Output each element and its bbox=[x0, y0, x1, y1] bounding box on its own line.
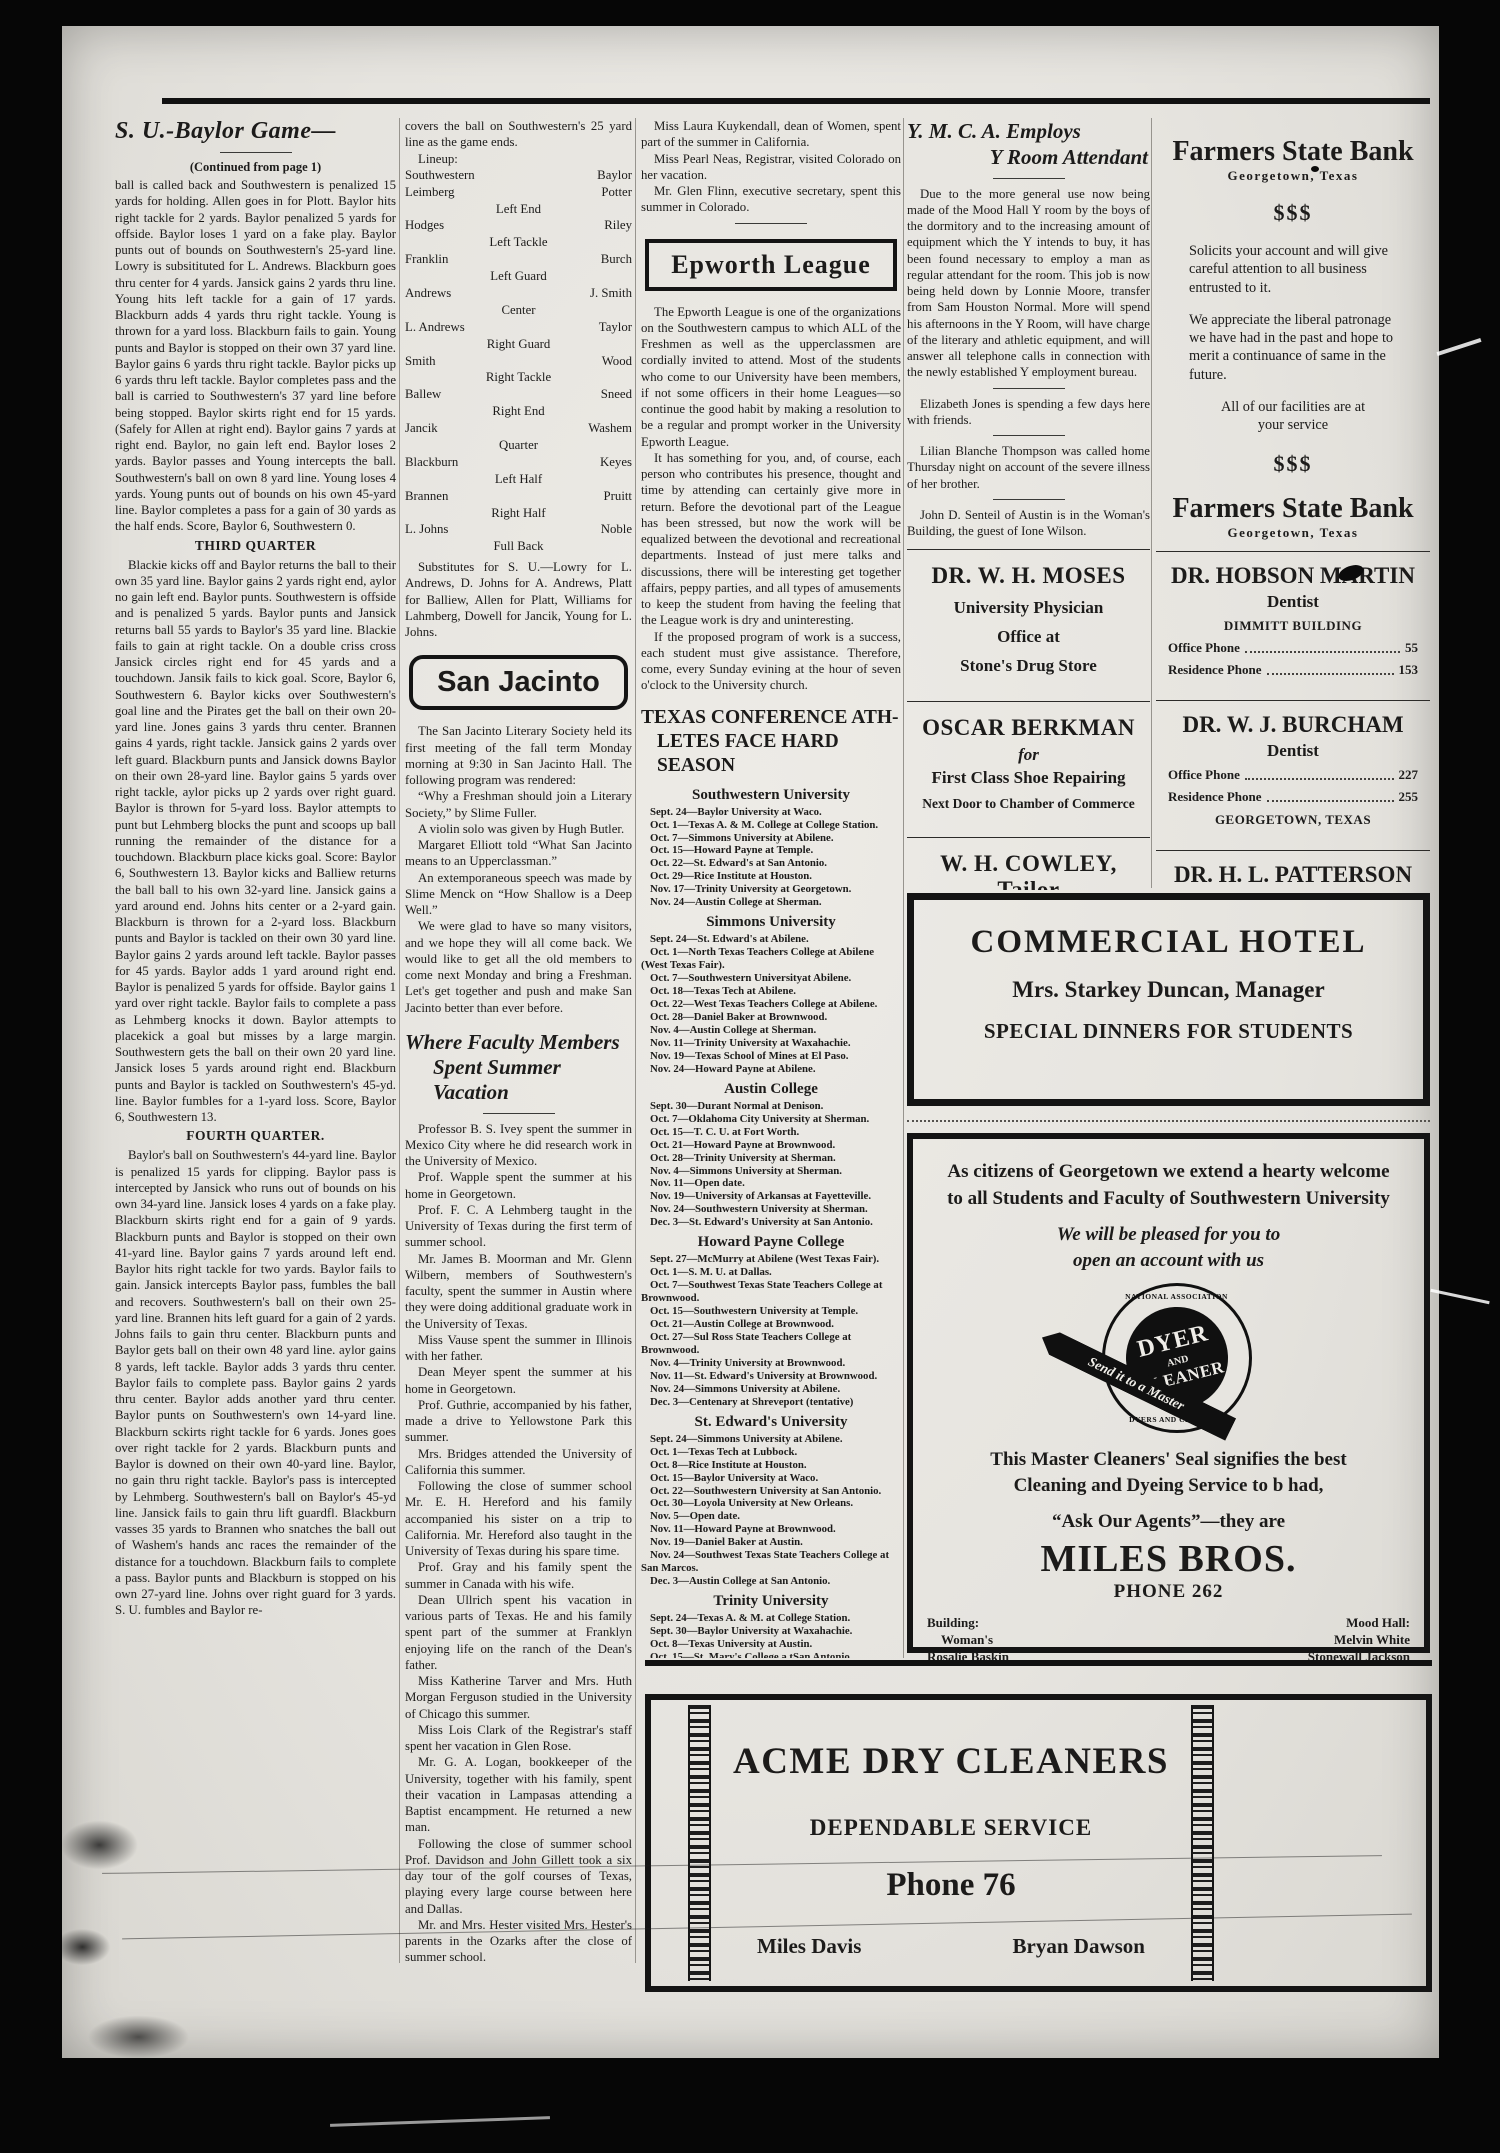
game-entry: Oct. 8—Rice Institute at Houston. bbox=[641, 1459, 901, 1472]
su-player: Smith bbox=[405, 353, 436, 370]
personal-item: Mr. Glen Flinn, executive secretary, spe… bbox=[641, 183, 901, 216]
lineup-row: Leimberg Potter Left End bbox=[405, 184, 632, 218]
game-list: Sept. 24—Simmons University at Abilene.O… bbox=[641, 1433, 901, 1588]
position-label: Full Back bbox=[405, 538, 632, 555]
lineup-row: Hodges Riley Left Tackle bbox=[405, 217, 632, 251]
ad-dr-hobson-martin: DR. HOBSON MARTIN Dentist DIMMITT BUILDI… bbox=[1156, 551, 1430, 690]
masthead-rule bbox=[162, 98, 1430, 104]
su-player: Ballew bbox=[405, 386, 441, 403]
school-name: Howard Payne College bbox=[641, 1234, 901, 1251]
epworth-para: It has something for you, and, of course… bbox=[641, 450, 901, 629]
game-entry: Nov. 4—Trinity University at Brownwood. bbox=[641, 1357, 901, 1370]
game-entry: Oct. 1—Texas A. & M. College at College … bbox=[641, 819, 901, 832]
faculty-headline: Where Faculty Members Spent Summer Vacat… bbox=[405, 1030, 632, 1106]
faculty-item: Miss Vause spent the summer in Illinois … bbox=[405, 1332, 632, 1365]
lineup-row: L. Andrews Taylor Right Guard bbox=[405, 319, 632, 353]
bank-name: Farmers State Bank bbox=[1156, 136, 1430, 168]
game-entry: Oct. 28—Trinity University at Sherman. bbox=[641, 1152, 901, 1165]
ad-dr-burcham: DR. W. J. BURCHAM Dentist Office Phone22… bbox=[1156, 700, 1430, 840]
game-entry: Sept. 27—McMurry at Abilene (West Texas … bbox=[641, 1253, 901, 1266]
game-entry: Oct. 29—Rice Institute at Houston. bbox=[641, 870, 901, 883]
school-schedule: Southwestern University Sept. 24—Baylor … bbox=[641, 787, 901, 910]
game-entry: Oct. 1—Texas Tech at Lubbock. bbox=[641, 1446, 901, 1459]
dentist-name: DR. HOBSON MARTIN bbox=[1162, 563, 1424, 589]
column-rule bbox=[635, 118, 636, 1963]
headline-rule bbox=[483, 1113, 555, 1114]
game-entry: Oct. 7—Southwestern Universityat Abilene… bbox=[641, 972, 901, 985]
phone-row: Residence Phone255 bbox=[1162, 789, 1424, 805]
faculty-item: Miss Lois Clark of the Registrar's staff… bbox=[405, 1722, 632, 1755]
position-label: Quarter bbox=[405, 437, 632, 454]
position-label: Left Guard bbox=[405, 268, 632, 285]
item-rule bbox=[993, 499, 1065, 500]
faculty-item: Mrs. Bridges attended the University of … bbox=[405, 1446, 632, 1479]
game-para-2: Blackie kicks off and Baylor returns the… bbox=[115, 557, 396, 1126]
game-entry: Oct. 22—St. Edward's at San Antonio. bbox=[641, 857, 901, 870]
game-entry: Oct. 15—T. C. U. at Fort Worth. bbox=[641, 1126, 901, 1139]
game-entry: Oct. 22—West Texas Teachers College at A… bbox=[641, 998, 901, 1011]
hall-agents: Mood Hall:Melvin WhiteStonewall Jackson bbox=[1308, 1615, 1410, 1666]
lineup-row: Smith Wood Right Tackle bbox=[405, 353, 632, 387]
lineup-row: Andrews J. Smith Center bbox=[405, 285, 632, 319]
game-entry: Nov. 11—Howard Payne at Brownwood. bbox=[641, 1523, 901, 1536]
san-jacinto-para: A violin solo was given by Hugh Butler. bbox=[405, 821, 632, 837]
substitutes-para: Substitutes for S. U.—Lowry for L. Andre… bbox=[405, 559, 632, 640]
faculty-item: Miss Katherine Tarver and Mrs. Huth Morg… bbox=[405, 1673, 632, 1722]
advertiser-name: OSCAR BERKMAN bbox=[909, 715, 1148, 741]
ad-dr-patterson: DR. H. L. PATTERSON Dentist CITY NAT'L B… bbox=[1156, 850, 1430, 890]
ad-acme-dry-cleaners: ACME DRY CLEANERS DEPENDABLE SERVICE Pho… bbox=[645, 1694, 1432, 1992]
game-list: Sept. 24—Texas A. & M. at College Statio… bbox=[641, 1612, 901, 1658]
agent-name: Bryan Dawson bbox=[1013, 1934, 1145, 1959]
away-team: Baylor bbox=[597, 167, 632, 184]
school-schedule: Howard Payne College Sept. 27—McMurry at… bbox=[641, 1234, 901, 1408]
epworth-headline: Epworth League bbox=[645, 239, 897, 291]
faculty-item: Professor B. S. Ivey spent the summer in… bbox=[405, 1121, 632, 1170]
personal-item: Elizabeth Jones is spending a few days h… bbox=[907, 396, 1150, 429]
item-rule bbox=[993, 435, 1065, 436]
position-label: Left End bbox=[405, 201, 632, 218]
faculty-item: Prof. F. C. A Lehmberg taught in the Uni… bbox=[405, 1202, 632, 1251]
san-jacinto-para: An extemporaneous speech was made by Sli… bbox=[405, 870, 632, 919]
scan-streak bbox=[1430, 1289, 1489, 1304]
san-jacinto-headline: San Jacinto bbox=[409, 655, 628, 710]
san-jacinto-para: The San Jacinto Literary Society held it… bbox=[405, 723, 632, 788]
baylor-player: Keyes bbox=[600, 454, 632, 471]
section-double-rule bbox=[645, 1660, 1432, 1666]
column-bank-dentists: Farmers State Bank Georgetown, Texas $$$… bbox=[1156, 118, 1430, 890]
game-entry: Nov. 19—Daniel Baker at Austin. bbox=[641, 1536, 901, 1549]
personals-list: Miss Laura Kuykendall, dean of Women, sp… bbox=[641, 118, 901, 216]
column-rule bbox=[1151, 118, 1152, 888]
faculty-item: Mr. and Mrs. Hester visited Mrs. Hester'… bbox=[405, 1917, 632, 1963]
san-jacinto-para: Margaret Elliott told “What San Jacinto … bbox=[405, 837, 632, 870]
faculty-item: Dean Ullrich spent his vacation in vario… bbox=[405, 1592, 632, 1673]
ornament-border-icon bbox=[1191, 1705, 1214, 1981]
school-schedule: St. Edward's University Sept. 24—Simmons… bbox=[641, 1414, 901, 1588]
bank-name: Farmers State Bank bbox=[1156, 493, 1430, 525]
schedules: Southwestern University Sept. 24—Baylor … bbox=[641, 787, 901, 1658]
faculty-item: Prof. Guthrie, accompanied by his father… bbox=[405, 1397, 632, 1446]
game-entry: Oct. 28—Daniel Baker at Brownwood. bbox=[641, 1011, 901, 1024]
school-name: St. Edward's University bbox=[641, 1414, 901, 1431]
faculty-item: Mr. James B. Moorman and Mr. Glenn Wilbe… bbox=[405, 1251, 632, 1332]
game-continuation: covers the ball on Southwestern's 25 yar… bbox=[405, 118, 632, 151]
column-game-story: S. U.-Baylor Game— (Continued from page … bbox=[115, 118, 396, 1963]
scan-streak bbox=[1437, 338, 1482, 356]
game-entry: Nov. 4—Austin College at Sherman. bbox=[641, 1024, 901, 1037]
column-rule bbox=[399, 118, 400, 1963]
phone-list: Office Phone227 Residence Phone255 bbox=[1162, 767, 1424, 805]
game-entry: Nov. 19—Texas School of Mines at El Paso… bbox=[641, 1050, 901, 1063]
athletes-headline: TEXAS CONFERENCE ATH- LETES FACE HARD SE… bbox=[641, 706, 901, 779]
game-entry: Oct. 8—Texas University at Austin. bbox=[641, 1638, 901, 1651]
position-label: Center bbox=[405, 302, 632, 319]
lineup-table: Leimberg Potter Left End Hodges Riley Le… bbox=[405, 184, 632, 556]
scan-streak bbox=[330, 2116, 550, 2127]
game-entry: Oct. 18—Texas Tech at Abilene. bbox=[641, 985, 901, 998]
faculty-body: Professor B. S. Ivey spent the summer in… bbox=[405, 1121, 632, 1963]
school-name: Austin College bbox=[641, 1081, 901, 1098]
column-ymca-ads: Y. M. C. A. Employs Y Room Attendant Due… bbox=[907, 118, 1150, 890]
game-entry: Nov. 24—Simmons University at Abilene. bbox=[641, 1383, 901, 1396]
personal-block: Elizabeth Jones is spending a few days h… bbox=[907, 388, 1150, 429]
dentist-name: DR. H. L. PATTERSON bbox=[1162, 862, 1424, 888]
game-entry: Oct. 21—Austin College at Brownwood. bbox=[641, 1318, 901, 1331]
position-label: Right Half bbox=[405, 505, 632, 522]
ad-dr-moses: DR. W. H. MOSES University Physician Off… bbox=[907, 549, 1150, 691]
game-entry: Oct. 1—S. M. U. at Dallas. bbox=[641, 1266, 901, 1279]
lineup-row: Franklin Burch Left Guard bbox=[405, 251, 632, 285]
game-story-headline: S. U.-Baylor Game— bbox=[115, 118, 396, 145]
game-entry: Oct. 7—Oklahoma City University at Sherm… bbox=[641, 1113, 901, 1126]
game-entry: Oct. 22—Southwestern University at San A… bbox=[641, 1485, 901, 1498]
game-entry: Nov. 24—Howard Payne at Abilene. bbox=[641, 1063, 901, 1076]
epworth-para: The Epworth League is one of the organiz… bbox=[641, 304, 901, 450]
game-entry: Dec. 3—Centenary at Shreveport (tentativ… bbox=[641, 1396, 901, 1409]
lineup-label: Lineup: bbox=[405, 151, 632, 167]
ymca-headline: Y. M. C. A. Employs Y Room Attendant bbox=[907, 118, 1150, 171]
epworth-body: The Epworth League is one of the organiz… bbox=[641, 304, 901, 694]
column-epworth-schedules: Miss Laura Kuykendall, dean of Women, sp… bbox=[641, 118, 901, 1658]
ad-miles-bros: As citizens of Georgetown we extend a he… bbox=[907, 1133, 1430, 1653]
ymca-personals: Elizabeth Jones is spending a few days h… bbox=[907, 388, 1150, 540]
su-player: Brannen bbox=[405, 488, 448, 505]
game-entry: Dec. 3—Austin College at San Antonio. bbox=[641, 1575, 901, 1588]
su-player: Blackburn bbox=[405, 454, 458, 471]
fourth-quarter-head: FOURTH QUARTER. bbox=[115, 1128, 396, 1144]
game-entry: Nov. 17—Trinity University at Georgetown… bbox=[641, 883, 901, 896]
game-list: Sept. 24—Baylor University at Waco.Oct. … bbox=[641, 806, 901, 910]
position-label: Right End bbox=[405, 403, 632, 420]
ad-cowley-tailor: W. H. COWLEY, Tailor Quick Service Alter… bbox=[907, 837, 1150, 890]
personal-block: Lilian Blanche Thompson was called home … bbox=[907, 435, 1150, 492]
advertiser-name: MILES BROS. bbox=[921, 1537, 1416, 1581]
baylor-player: Burch bbox=[601, 251, 632, 268]
game-para-3: Baylor's ball on Southwestern's 44-yard … bbox=[115, 1147, 396, 1618]
school-name: Simmons University bbox=[641, 914, 901, 931]
game-entry: Oct. 15—Howard Payne at Temple. bbox=[641, 844, 901, 857]
master-cleaner-seal: NATIONAL ASSOCIATION DYER AND CLEANER DY… bbox=[1044, 1281, 1294, 1439]
dentist-name: DR. W. J. BURCHAM bbox=[1162, 712, 1424, 738]
lineup-row: Brannen Pruitt Right Half bbox=[405, 488, 632, 522]
position-label: Right Guard bbox=[405, 336, 632, 353]
personal-item: Miss Pearl Neas, Registrar, visited Colo… bbox=[641, 151, 901, 184]
game-entry: Oct. 27—Sul Ross State Teachers College … bbox=[641, 1331, 901, 1357]
san-jacinto-para: We were glad to have so many visitors, a… bbox=[405, 918, 632, 1016]
game-entry: Oct. 30—Loyola University at New Orleans… bbox=[641, 1497, 901, 1510]
dotted-divider bbox=[907, 1120, 1430, 1122]
game-entry: Nov. 5—Open date. bbox=[641, 1510, 901, 1523]
game-entry: Sept. 24—Baylor University at Waco. bbox=[641, 806, 901, 819]
game-entry: Nov. 11—Trinity University at Waxahachie… bbox=[641, 1037, 901, 1050]
game-entry: Oct. 7—Simmons University at Abilene. bbox=[641, 832, 901, 845]
ad-farmers-state-bank: Farmers State Bank Georgetown, Texas $$$… bbox=[1156, 118, 1430, 541]
su-player: L. Andrews bbox=[405, 319, 465, 336]
game-para-1: ball is called back and Southwestern is … bbox=[115, 177, 396, 535]
position-label: Left Half bbox=[405, 471, 632, 488]
position-label: Right Tackle bbox=[405, 369, 632, 386]
baylor-player: Pruitt bbox=[604, 488, 632, 505]
headline-rule bbox=[993, 178, 1065, 179]
personal-item: Miss Laura Kuykendall, dean of Women, sp… bbox=[641, 118, 901, 151]
lineup-row: Jancik Washem Quarter bbox=[405, 420, 632, 454]
advertiser-name: DR. W. H. MOSES bbox=[909, 563, 1148, 589]
game-entry: Nov. 24—Southwest Texas State Teachers C… bbox=[641, 1549, 901, 1575]
su-player: Andrews bbox=[405, 285, 451, 302]
game-entry: Oct. 15—St. Mary's College a tSan Antoni… bbox=[641, 1651, 901, 1658]
game-entry: Oct. 21—Howard Payne at Brownwood. bbox=[641, 1139, 901, 1152]
ornament-border-icon bbox=[688, 1705, 711, 1981]
game-entry: Sept. 30—Baylor University at Waxahachie… bbox=[641, 1625, 901, 1638]
school-schedule: Austin College Sept. 30—Durant Normal at… bbox=[641, 1081, 901, 1230]
school-name: Trinity University bbox=[641, 1593, 901, 1610]
faculty-item: Following the close of summer school Pro… bbox=[405, 1836, 632, 1917]
lineup-team-header: Southwestern Baylor bbox=[405, 167, 632, 184]
baylor-player: Wood bbox=[602, 353, 632, 370]
baylor-player: Washem bbox=[588, 420, 632, 437]
baylor-player: Taylor bbox=[599, 319, 632, 336]
game-entry: Oct. 15—Baylor University at Waco. bbox=[641, 1472, 901, 1485]
game-entry: Nov. 24—Austin College at Sherman. bbox=[641, 896, 901, 909]
lineup-row: L. Johns Noble Full Back bbox=[405, 521, 632, 555]
game-entry: Oct. 7—Southwest Texas State Teachers Co… bbox=[641, 1279, 901, 1305]
game-list: Sept. 24—St. Edward's at Abilene.Oct. 1—… bbox=[641, 933, 901, 1075]
school-name: Southwestern University bbox=[641, 787, 901, 804]
agent-name: Miles Davis bbox=[757, 1934, 861, 1959]
ad-oscar-berkman: OSCAR BERKMAN for First Class Shoe Repai… bbox=[907, 701, 1150, 827]
faculty-item: Prof. Wapple spent the summer at his hom… bbox=[405, 1169, 632, 1202]
su-player: L. Johns bbox=[405, 521, 448, 538]
ad-commercial-hotel: COMMERCIAL HOTEL Mrs. Starkey Duncan, Ma… bbox=[907, 893, 1430, 1106]
su-player: Jancik bbox=[405, 420, 438, 437]
newspaper-sheet: S. U.-Baylor Game— (Continued from page … bbox=[62, 26, 1439, 2058]
newspaper-scan-page: { "theme": { "paper": "#e7e5e0", "ink": … bbox=[0, 0, 1500, 2153]
su-player: Franklin bbox=[405, 251, 448, 268]
game-entry: Nov. 4—Simmons University at Sherman. bbox=[641, 1165, 901, 1178]
phone-row: Residence Phone153 bbox=[1162, 662, 1424, 678]
column-lineup-sanjacinto-faculty: covers the ball on Southwestern's 25 yar… bbox=[405, 118, 632, 1963]
san-jacinto-body: The San Jacinto Literary Society held it… bbox=[405, 723, 632, 1016]
lineup-row: Blackburn Keyes Left Half bbox=[405, 454, 632, 488]
game-list: Sept. 27—McMurry at Abilene (West Texas … bbox=[641, 1253, 901, 1408]
position-label: Left Tackle bbox=[405, 234, 632, 251]
baylor-player: Noble bbox=[601, 521, 632, 538]
personal-item: Lilian Blanche Thompson was called home … bbox=[907, 443, 1150, 492]
san-jacinto-para: “Why a Freshman should join a Literary S… bbox=[405, 788, 632, 821]
game-entry: Sept. 24—Simmons University at Abilene. bbox=[641, 1433, 901, 1446]
third-quarter-head: THIRD QUARTER bbox=[115, 538, 396, 554]
game-entry: Oct. 15—Southwestern University at Templ… bbox=[641, 1305, 901, 1318]
faculty-item: Mr. G. A. Logan, bookkeeper of the Unive… bbox=[405, 1754, 632, 1835]
game-entry: Nov. 24—Southwestern University at Sherm… bbox=[641, 1203, 901, 1216]
game-entry: Sept. 24—Texas A. & M. at College Statio… bbox=[641, 1612, 901, 1625]
game-entry: Sept. 24—St. Edward's at Abilene. bbox=[641, 933, 901, 946]
dollar-signs: $$$ bbox=[1156, 451, 1430, 477]
epworth-para: If the proposed program of work is a suc… bbox=[641, 629, 901, 694]
school-schedule: Trinity University Sept. 24—Texas A. & M… bbox=[641, 1593, 901, 1658]
dollar-signs: $$$ bbox=[1156, 200, 1430, 226]
phone-list: Office Phone55 Residence Phone153 bbox=[1162, 640, 1424, 678]
phone-row: Office Phone227 bbox=[1162, 767, 1424, 783]
game-entry: Dec. 3—St. Edward's University at San An… bbox=[641, 1216, 901, 1229]
hotel-name: COMMERCIAL HOTEL bbox=[914, 924, 1423, 961]
personal-item: John D. Senteil of Austin is in the Woma… bbox=[907, 507, 1150, 540]
continued-note: (Continued from page 1) bbox=[115, 160, 396, 175]
lineup-row: Ballew Sneed Right End bbox=[405, 386, 632, 420]
baylor-player: J. Smith bbox=[590, 285, 632, 302]
home-team: Southwestern bbox=[405, 167, 475, 184]
game-entry: Nov. 19—University of Arkansas at Fayett… bbox=[641, 1190, 901, 1203]
baylor-player: Potter bbox=[601, 184, 632, 201]
personal-block: John D. Senteil of Austin is in the Woma… bbox=[907, 499, 1150, 540]
baylor-player: Riley bbox=[604, 217, 632, 234]
baylor-player: Sneed bbox=[601, 386, 632, 403]
school-schedule: Simmons University Sept. 24—St. Edward's… bbox=[641, 914, 901, 1075]
game-entry: Oct. 1—North Texas Teachers College at A… bbox=[641, 946, 901, 972]
game-entry: Nov. 11—Open date. bbox=[641, 1177, 901, 1190]
faculty-item: Prof. Gray and his family spent the summ… bbox=[405, 1559, 632, 1592]
item-rule bbox=[993, 388, 1065, 389]
building-agents: Building:Woman'sRosalie Baskin bbox=[927, 1615, 1009, 1666]
advertiser-name: ACME DRY CLEANERS bbox=[723, 1740, 1179, 1783]
ymca-body: Due to the more general use now being ma… bbox=[907, 186, 1150, 381]
faculty-item: Following the close of summer school Mr.… bbox=[405, 1478, 632, 1559]
game-entry: Nov. 11—St. Edward's University at Brown… bbox=[641, 1370, 901, 1383]
headline-rule bbox=[220, 152, 292, 153]
game-entry: Sept. 30—Durant Normal at Denison. bbox=[641, 1100, 901, 1113]
game-list: Sept. 30—Durant Normal at Denison.Oct. 7… bbox=[641, 1100, 901, 1230]
faculty-item: Dean Meyer spent the summer at his home … bbox=[405, 1364, 632, 1397]
su-player: Leimberg bbox=[405, 184, 455, 201]
advertiser-name: W. H. COWLEY, Tailor bbox=[909, 851, 1148, 890]
section-rule bbox=[735, 223, 807, 224]
su-player: Hodges bbox=[405, 217, 444, 234]
phone-row: Office Phone55 bbox=[1162, 640, 1424, 656]
ink-spot bbox=[1311, 166, 1319, 172]
column-rule bbox=[903, 118, 904, 1658]
